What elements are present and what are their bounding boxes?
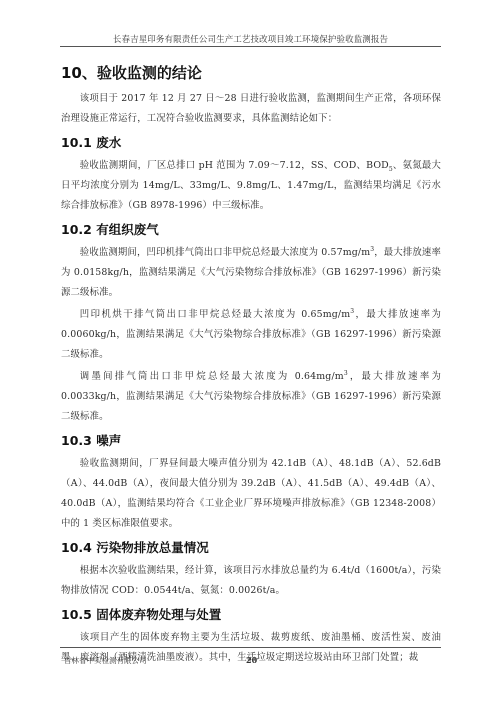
- exhaust-paragraph-3: 调墨间排气筒出口非甲烷总烃最大浓度为 0.64mg/m3，最大排放速率为 0.0…: [61, 367, 441, 427]
- footer-company: 吉林省中实检测有限公司: [64, 655, 147, 666]
- page-number: 20: [246, 655, 257, 665]
- noise-paragraph: 验收监测期间，厂界昼间最大噪声值分别为 42.1dB（A）、48.1dB（A）、…: [61, 454, 441, 534]
- wastewater-paragraph: 验收监测期间，厂区总排口 pH 范围为 7.09～7.12，SS、COD、BOD…: [61, 156, 441, 216]
- footer-divider: [60, 647, 441, 648]
- total-emissions-paragraph: 根据本次验收监测结果，经计算，该项目污水排放总量约为 6.4t/d（1600t/…: [61, 561, 441, 601]
- subsection-title-wastewater: 10.1 废水: [61, 133, 441, 152]
- page-body: 10、验收监测的结论 该项目于 2017 年 12 月 27 日～28 日进行验…: [61, 63, 441, 670]
- subsection-title-organized-exhaust: 10.2 有组织废气: [61, 220, 441, 239]
- running-header: 长春吉星印务有限责任公司生产工艺技改项目竣工环境保护验收监测报告: [60, 33, 441, 45]
- intro-paragraph: 该项目于 2017 年 12 月 27 日～28 日进行验收监测，监测期间生产正…: [61, 89, 441, 129]
- exhaust-paragraph-2: 凹印机烘干排气筒出口非甲烷总烃最大浓度为 0.65mg/m3，最大排放速率为 0…: [61, 305, 441, 365]
- subsection-title-solid-waste: 10.5 固体废弃物处理与处置: [61, 605, 441, 624]
- subsection-title-noise: 10.3 噪声: [61, 431, 441, 450]
- header-divider: [60, 46, 441, 47]
- section-title: 10、验收监测的结论: [61, 63, 441, 83]
- exhaust-paragraph-1: 验收监测期间，凹印机排气筒出口非甲烷总烃最大浓度为 0.57mg/m3，最大排放…: [61, 243, 441, 303]
- subsection-title-total-emissions: 10.4 污染物排放总量情况: [61, 538, 441, 557]
